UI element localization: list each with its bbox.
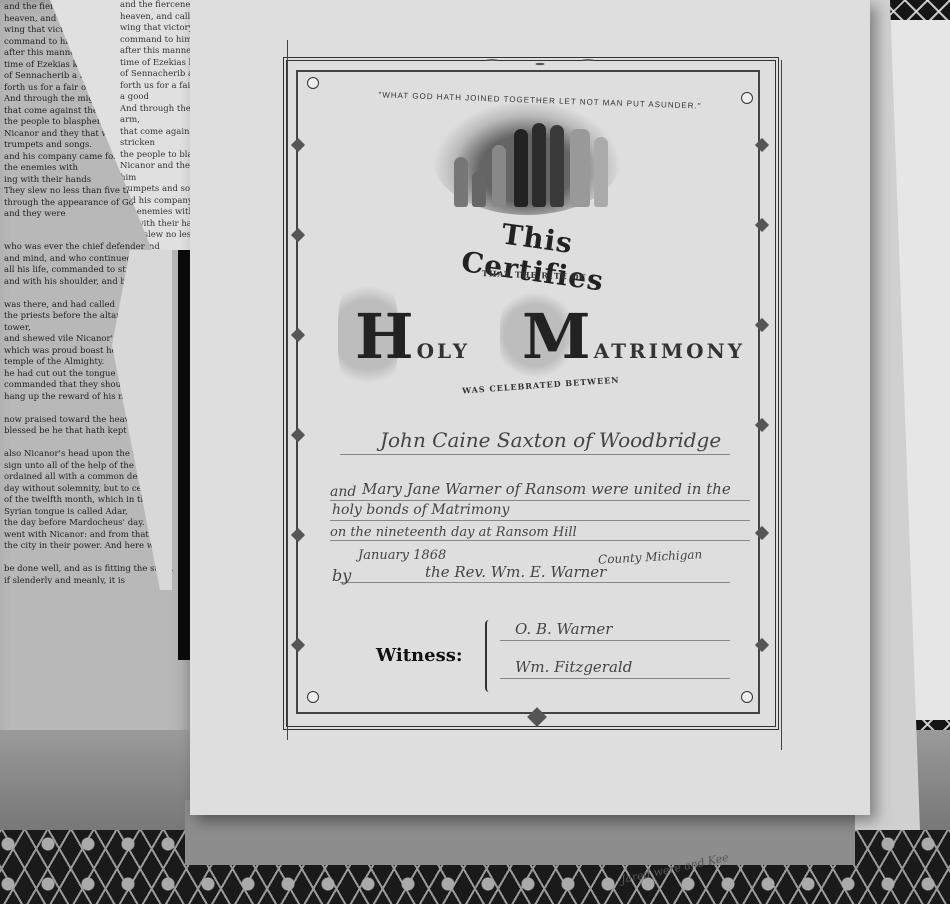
bride-name-entry: Mary Jane Warner of Ransom were united i… <box>362 480 731 498</box>
groom-name-entry: John Caine Saxton of Woodbridge <box>380 428 721 452</box>
fill-line <box>330 540 750 541</box>
witness-line-1 <box>500 640 730 641</box>
figure-groom <box>532 123 546 207</box>
holy-letters: OLY <box>417 339 470 363</box>
matrimony-heading: MATRIMONY <box>522 300 745 373</box>
figure-child <box>472 171 486 207</box>
fill-line <box>330 500 750 501</box>
corner-rosette-icon <box>307 77 319 89</box>
figure-minister <box>514 129 528 207</box>
corner-rosette-icon <box>741 92 753 104</box>
witness-2-signature: Wm. Fitzgerald <box>515 658 632 676</box>
figure-woman <box>492 145 506 207</box>
figure-groomsman <box>550 125 564 207</box>
holy-initial: H <box>355 300 417 373</box>
figure-bridesmaid <box>454 157 468 207</box>
holy-heading: HOLY <box>355 300 470 373</box>
wedding-party-engraving <box>432 100 622 215</box>
border-vine-rail-right <box>781 60 782 750</box>
fill-line <box>330 520 750 521</box>
month-year-entry: January 1868 <box>358 548 446 563</box>
matrimony-letters: ATRIMONY <box>594 339 745 363</box>
witness-1-signature: O. B. Warner <box>515 620 612 638</box>
by-label: by <box>332 566 351 585</box>
date-place-entry: on the nineteenth day at Ransom Hill <box>330 525 577 540</box>
witness-label: Witness: <box>376 645 463 666</box>
matrimony-initial: M <box>522 300 594 373</box>
top-lily-flourish-ornament <box>420 32 660 72</box>
corner-rosette-icon <box>307 691 319 703</box>
border-vine-rail-left <box>287 40 288 740</box>
officiant-entry: the Rev. Wm. E. Warner <box>425 563 606 581</box>
witness-brace <box>485 620 493 692</box>
figure-bridesmaid <box>594 137 608 207</box>
corner-rosette-icon <box>741 691 753 703</box>
holy-bonds-entry: holy bonds of Matrimony <box>332 502 509 518</box>
witness-line-2 <box>500 678 730 679</box>
fill-line <box>340 454 730 455</box>
figure-bride <box>570 129 590 207</box>
fill-line <box>340 582 730 583</box>
and-label: and <box>330 484 356 500</box>
